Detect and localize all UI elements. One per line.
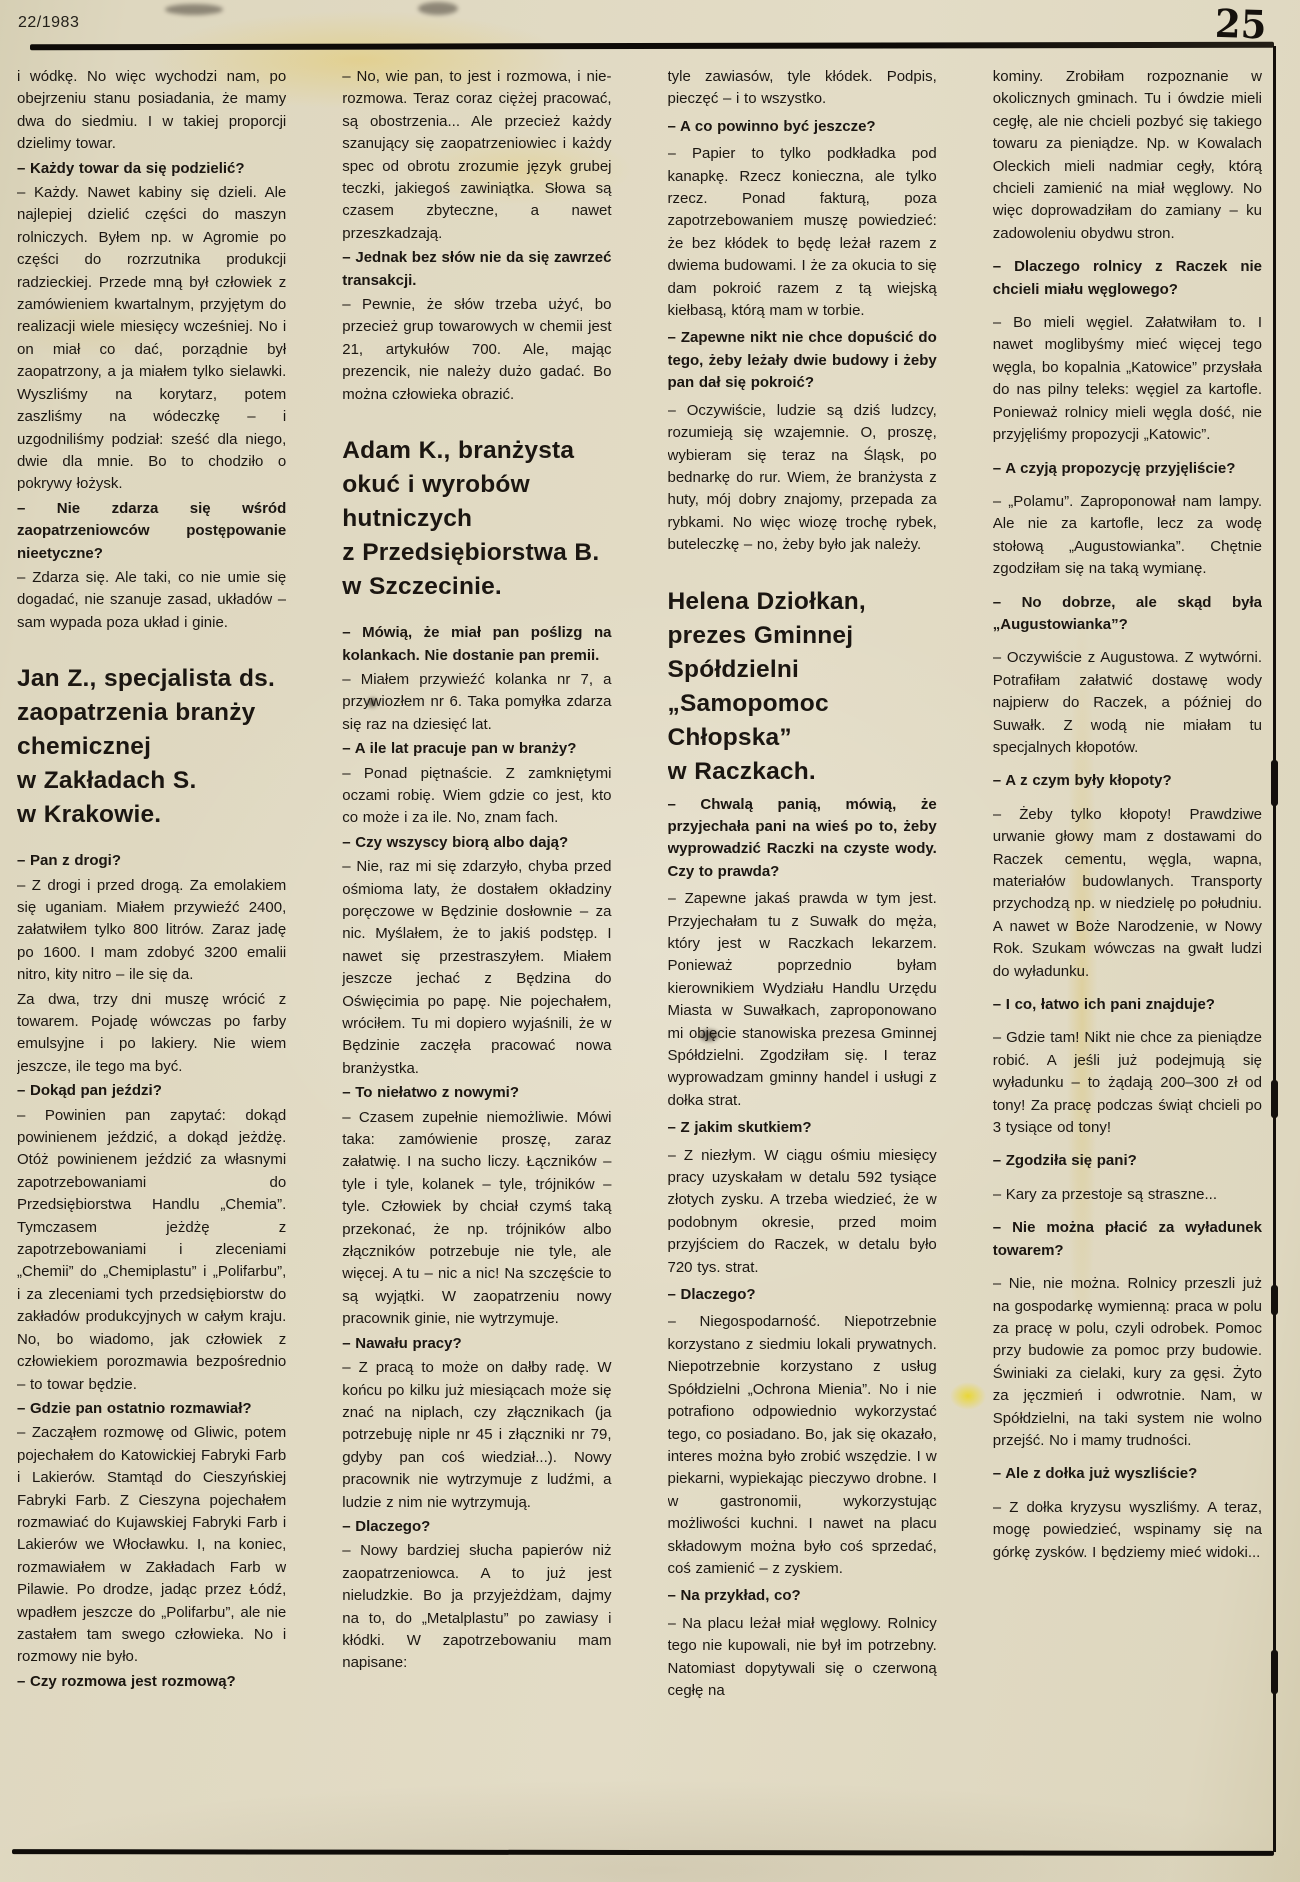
interview-question: – Na przykład, co? [668,1585,937,1607]
ink-blot [1271,1080,1278,1118]
interview-answer: – No, wie pan, to jest i rozmowa, i nie-… [342,66,611,245]
interview-question: – A co powinno być jeszcze? [668,116,937,138]
interview-answer: – „Polamu”. Zaproponował nam lampy. Ale … [993,491,1262,581]
interview-question: – Dokąd pan jeździ? [17,1080,286,1102]
interview-question: – Nawału pracy? [342,1333,611,1355]
issue-number: 22/1983 [18,14,79,32]
interview-question: – Dlaczego rolnicy z Raczek nie chcieli … [993,256,1262,301]
interview-answer: – Bo mieli węgiel. Załatwiłam to. I nawe… [993,312,1262,446]
interview-answer: kominy. Zrobiłam rozpoznanie w okoliczny… [993,66,1262,245]
text-column-4: kominy. Zrobiłam rozpoznanie w okoliczny… [993,66,1262,1844]
interview-question: – A z czym były kłopoty? [993,770,1262,792]
section-heading: Jan Z., specjalista ds. zaopatrzenia bra… [17,662,286,832]
interview-question: – To niełatwo z nowymi? [342,1082,611,1104]
interview-answer: i wódkę. No więc wychodzi nam, po obejrz… [17,66,286,156]
interview-question: – A ile lat pracuje pan w branży? [342,738,611,760]
interview-question: – Nie można płacić za wyładunek towarem? [993,1217,1262,1262]
interview-question: – I co, łatwo ich pani znajduje? [993,994,1262,1016]
interview-question: – Z jakim skutkiem? [668,1117,937,1139]
interview-answer: – Gdzie tam! Nikt nie chce za pieniądze … [993,1027,1262,1139]
interview-answer: – Nie, nie można. Rolnicy przeszli już n… [993,1273,1262,1452]
interview-answer: – Nowy bardziej słucha papierów niż zaop… [342,1540,611,1674]
text-column-3: tyle zawiasów, tyle kłódek. Podpis, piec… [668,66,937,1844]
interview-answer: – Papier to tylko podkładka pod kanapkę.… [668,143,937,322]
interview-question: – Czy rozmowa jest rozmową? [17,1671,286,1693]
ink-blot [1271,1285,1278,1315]
paper-smudge [165,4,223,15]
right-border-line [1273,46,1276,1852]
header-rule [30,42,1274,51]
section-heading: Adam K., branżysta okuć i wyrobów hutnic… [342,434,611,604]
text-column-1: i wódkę. No więc wychodzi nam, po obejrz… [17,66,286,1844]
interview-answer: – Pewnie, że słów trzeba użyć, bo przeci… [342,294,611,406]
interview-question: – Każdy towar da się podzielić? [17,158,286,180]
interview-question: – Czy wszyscy biorą albo dają? [342,832,611,854]
interview-question: – Mówią, że miał pan poślizg na kolankac… [342,622,611,667]
interview-question: – Nie zdarza się wśród zaopatrzeniowców … [17,498,286,565]
interview-question: – Chwalą panią, mówią, że przyjechała pa… [668,794,937,884]
interview-question: – Dlaczego? [668,1284,937,1306]
interview-answer: – Z dołka kryzysu wyszliśmy. A teraz, mo… [993,1497,1262,1564]
ink-blot [1271,1650,1278,1694]
footer-rule [12,1849,1274,1856]
interview-question: – Jednak bez słów nie da się zawrzeć tra… [342,247,611,292]
interview-answer: Za dwa, trzy dni muszę wrócić z towarem.… [17,989,286,1079]
paper-smudge [418,2,458,15]
interview-answer: – Zdarza się. Ale taki, co nie umie się … [17,567,286,634]
interview-answer: tyle zawiasów, tyle kłódek. Podpis, piec… [668,66,937,111]
interview-question: – Zgodziła się pani? [993,1150,1262,1172]
newspaper-page: 22/1983 25 i wódkę. No więc wychodzi nam… [0,0,1300,1882]
interview-question: – No dobrze, ale skąd była „Augustowiank… [993,592,1262,637]
interview-question: – A czyją propozycję przyjęliście? [993,458,1262,480]
interview-answer: – Niegospodarność. Niepotrzebnie korzyst… [668,1311,937,1580]
text-column-2: – No, wie pan, to jest i rozmowa, i nie-… [342,66,611,1844]
interview-question: – Zapewne nikt nie chce dopuścić do tego… [668,327,937,394]
interview-answer: – Z niezłym. W ciągu ośmiu miesięcy prac… [668,1145,937,1279]
section-heading: Helena Dziołkan, prezes Gminnej Spółdzie… [668,585,937,789]
interview-answer: – Na placu leżał miał węglowy. Rolnicy t… [668,1613,937,1703]
interview-answer: – Z drogi i przed drogą. Za emolakiem si… [17,875,286,987]
interview-answer: – Z pracą to może on dałby radę. W końcu… [342,1357,611,1514]
interview-answer: – Żeby tylko kłopoty! Prawdziwe urwanie … [993,804,1262,983]
interview-answer: – Zacząłem rozmowę od Gliwic, potem poje… [17,1422,286,1668]
interview-answer: – Miałem przywieźć kolanka nr 7, a przyw… [342,669,611,736]
article-columns: i wódkę. No więc wychodzi nam, po obejrz… [17,66,1262,1844]
interview-answer: – Oczywiście, ludzie są dziś ludzcy, roz… [668,400,937,557]
interview-answer: – Ponad piętnaście. Z zamkniętymi oczami… [342,763,611,830]
interview-answer: – Czasem zupełnie niemożliwie. Mówi taka… [342,1107,611,1331]
interview-question: – Dlaczego? [342,1516,611,1538]
interview-answer: – Nie, raz mi się zdarzyło, chyba przed … [342,856,611,1080]
interview-answer: – Powinien pan zapytać: dokąd powinienem… [17,1105,286,1396]
interview-answer: – Kary za przestoje są straszne... [993,1184,1262,1206]
interview-question: – Ale z dołka już wyszliście? [993,1463,1262,1485]
interview-question: – Gdzie pan ostatnio rozmawiał? [17,1398,286,1420]
interview-answer: – Każdy. Nawet kabiny się dzieli. Ale na… [17,182,286,496]
interview-answer: – Zapewne jakaś prawda w tym jest. Przyj… [668,888,937,1112]
interview-question: – Pan z drogi? [17,850,286,872]
ink-blot [1271,760,1278,806]
interview-answer: – Oczywiście z Augustowa. Z wytwórni. Po… [993,647,1262,759]
